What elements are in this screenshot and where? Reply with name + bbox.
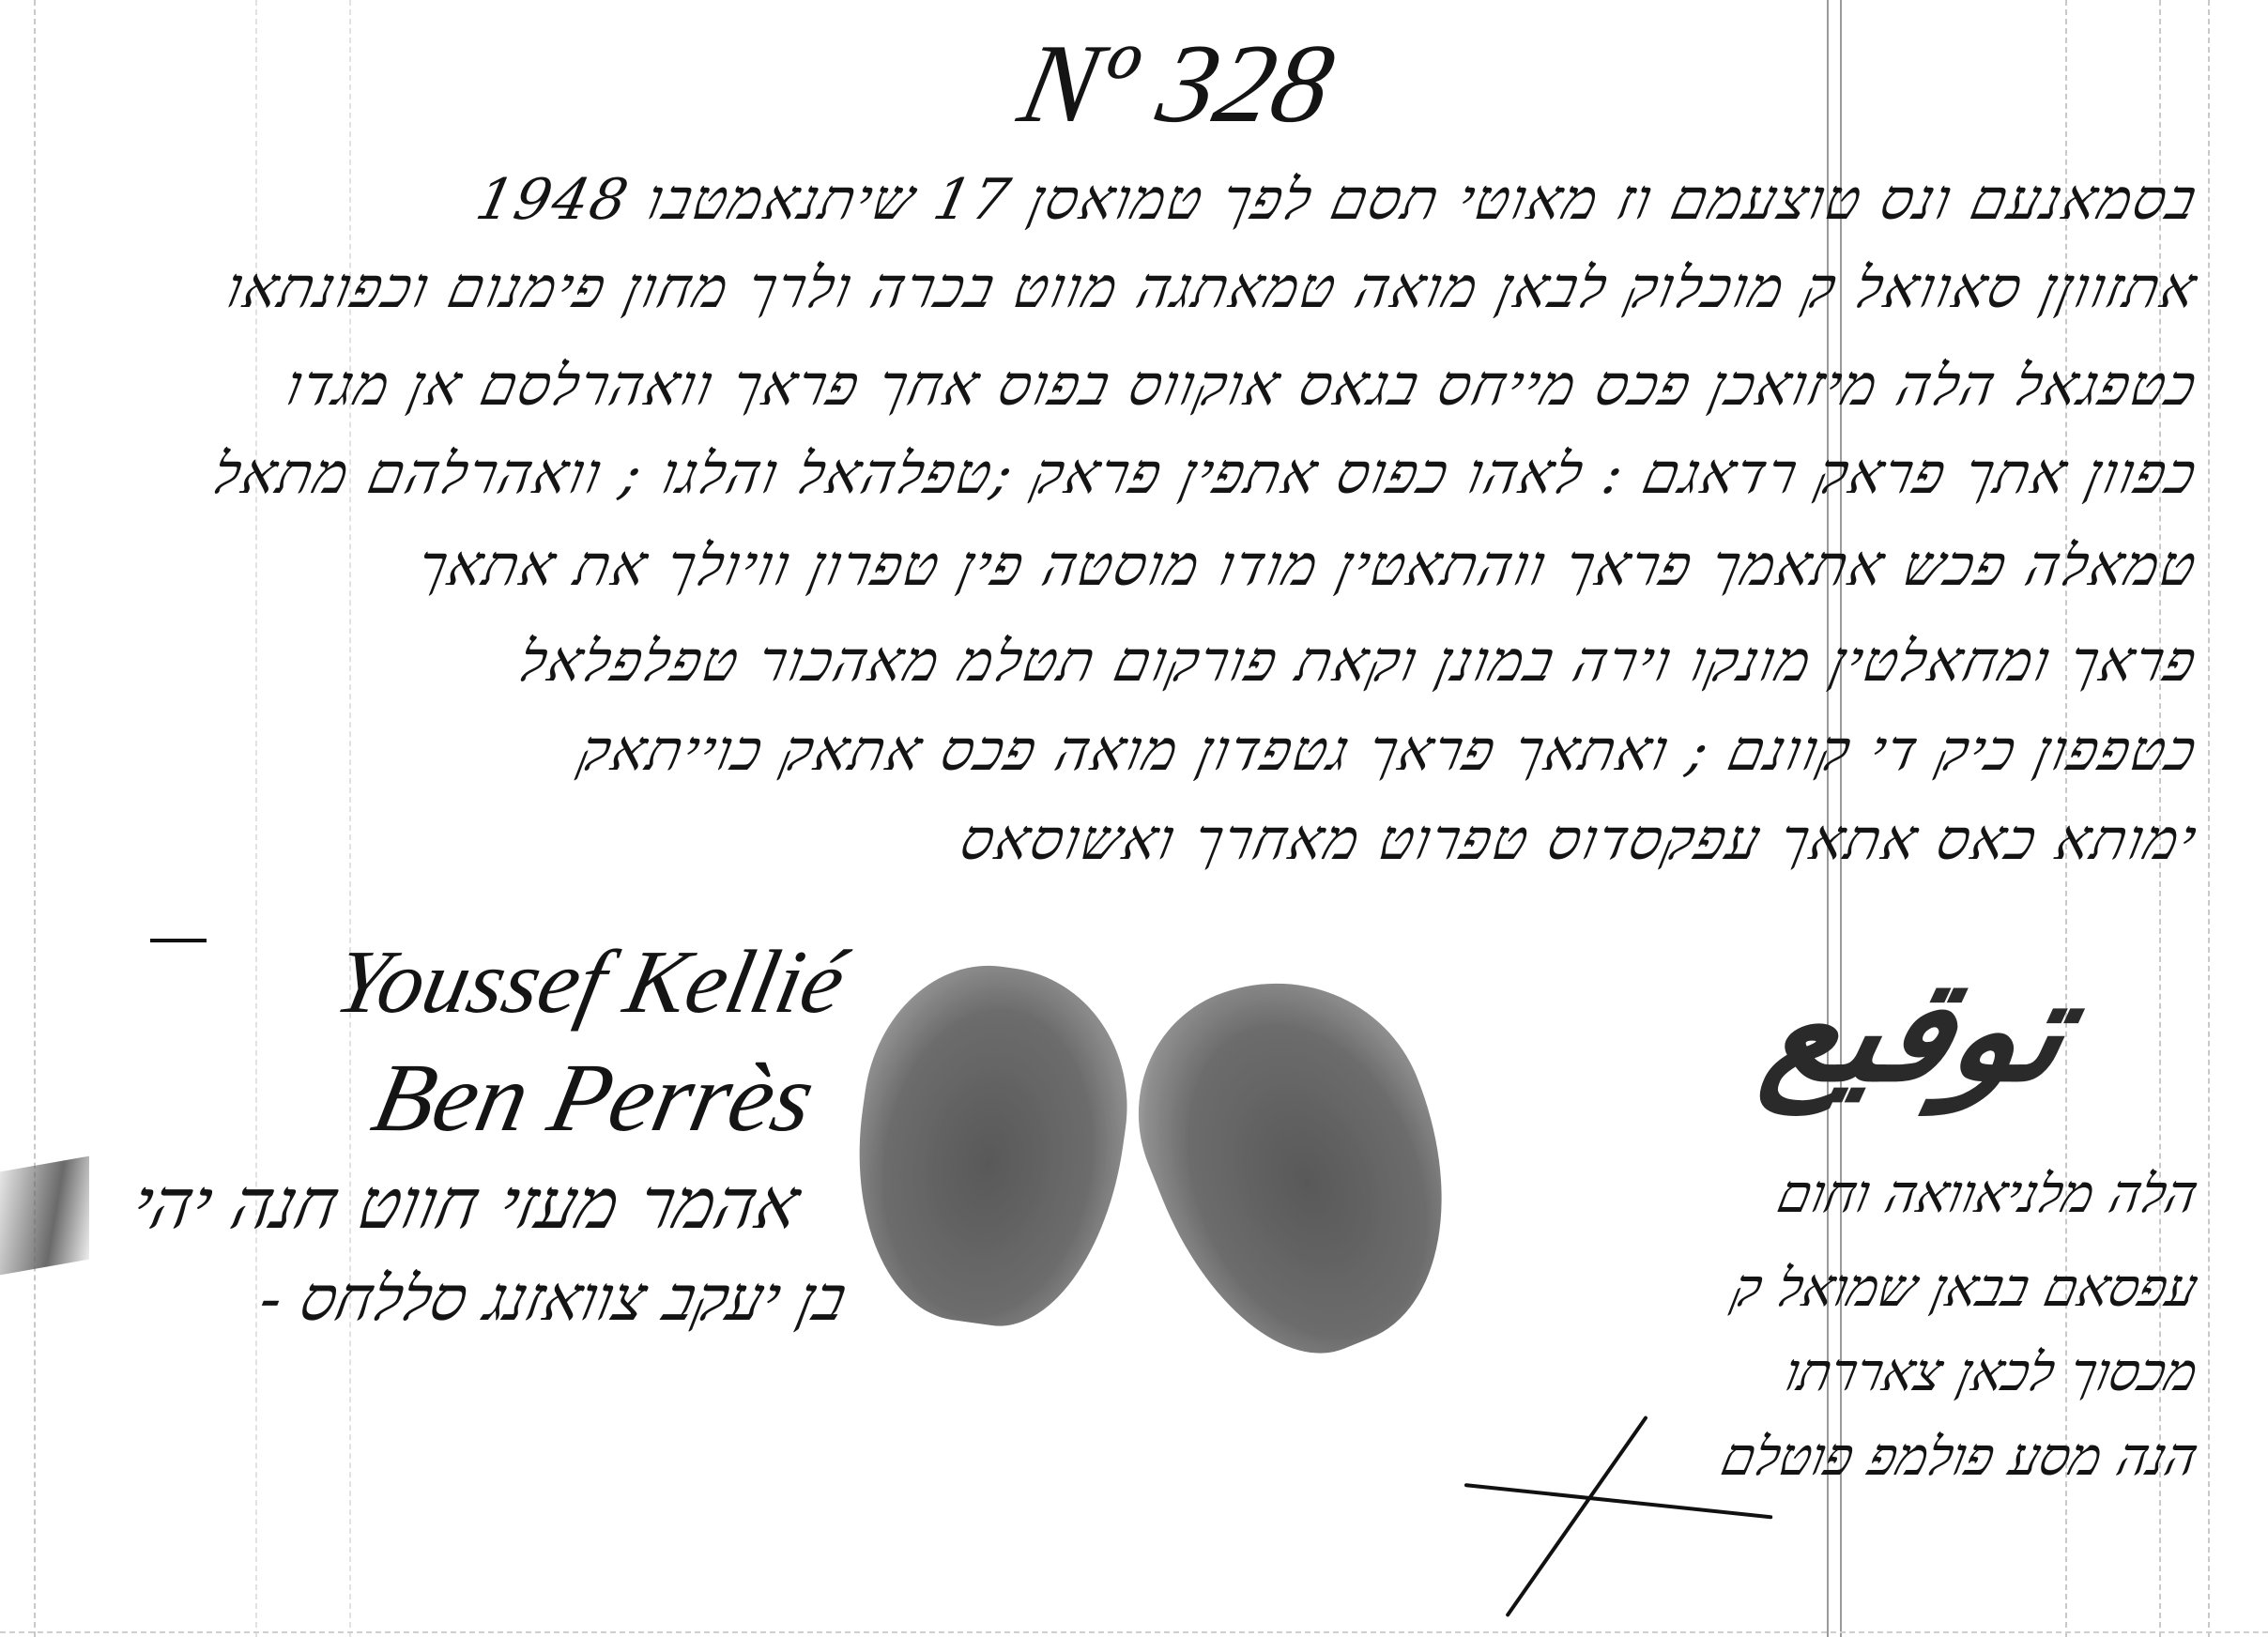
body-line-5: טמאלה פכש אתאמך פראך ווהתאטין מודו מוסטה… xyxy=(153,533,2204,599)
body-line-text: בסמאנעם ונס טוצעמם וז מאוטי תסם לפך טמוא… xyxy=(470,167,2203,233)
ruling-line xyxy=(34,0,36,1637)
signature-hebrew-left-line-2: בן יעקב צוואזנג סללחס - xyxy=(105,1262,853,1336)
ruling-line xyxy=(2208,0,2210,1637)
ink-smudge xyxy=(0,1156,89,1276)
body-line-text: כטפגאל הלה מיזואכן פכס מייחס בגאס אוקווס… xyxy=(281,353,2204,419)
signature-hebrew-left-line-1: אהמר מעזי חווט חנה יהי xyxy=(76,1164,806,1246)
body-line-text: פראך ומחאלטין מונקו וירה במונן וקאת פורק… xyxy=(513,629,2204,695)
body-line-4: כפוון אתך פראק רדאגם : לאהו כפוס אתפין פ… xyxy=(115,441,2204,507)
signature-ben-perres: Ben Perrès xyxy=(363,1042,823,1154)
body-line-text: כפוון אתך פראק רדאגם : לאהו כפוס אתפין פ… xyxy=(207,441,2204,507)
body-line-text: ימותא כאס אתאך עפקסדוס טפרוט מאחרך ואשוס… xyxy=(955,807,2203,873)
ruling-line xyxy=(255,0,257,1637)
dash-mark xyxy=(150,939,207,942)
cross-mark-stroke xyxy=(1464,1483,1773,1519)
body-line-text: אתזווןן סאוואל ק מוכלוק לבאן מואה טמאתגה… xyxy=(221,255,2203,321)
thumbprint-right xyxy=(1099,937,1501,1390)
body-line-7: כטפפון כיק די קוונם ; ואתאך פראך גטפדון … xyxy=(238,718,2204,784)
bottom-ruling-line xyxy=(0,1631,2268,1633)
ruling-line xyxy=(349,0,351,1637)
body-line-3: כטפגאל הלה מיזואכן פכס מייחס בגאס אוקווס… xyxy=(134,353,2204,419)
signature-youssef-kellie: Youssef Kellié xyxy=(327,929,853,1033)
signature-hebrew-right-line-3: מכסוך לכאן צאררתו xyxy=(1514,1342,2203,1403)
body-line-2: אתזווןן סאוואל ק מוכלוק לבאן מואה טמאתגה… xyxy=(87,255,2204,321)
body-line-1: בסמאנעם ונס טוצעמם וז מאוטי תסם לפך טמוא… xyxy=(144,167,2204,233)
signature-hebrew-right-line-2: עפסאם בבאן שמואל ק xyxy=(1467,1258,2203,1319)
body-line-8: ימותא כאס אתאך עפקסדוס טפרוט מאחרך ואשוס… xyxy=(726,807,2204,873)
signature-hebrew-right-line-4: הנה מסע פולמפ פוטלם xyxy=(1477,1427,2203,1488)
signature-hebrew-right-line-1: הלה מלניאוואה וחום xyxy=(1533,1164,2203,1225)
body-line-text: כטפפון כיק די קוונם ; ואתאך פראך גטפדון … xyxy=(573,718,2203,784)
document-number: Nº 328 xyxy=(1009,19,1344,148)
arabic-signature: توقيع xyxy=(1522,948,2082,1113)
thumbprint-left xyxy=(835,950,1145,1339)
body-line-6: פראך ומחאלטין מונקו וירה במונן וקאת פורק… xyxy=(191,629,2204,695)
body-line-text: טמאלה פכש אתאמך פראך ווהתאטין מודו מוסטה… xyxy=(412,533,2204,599)
